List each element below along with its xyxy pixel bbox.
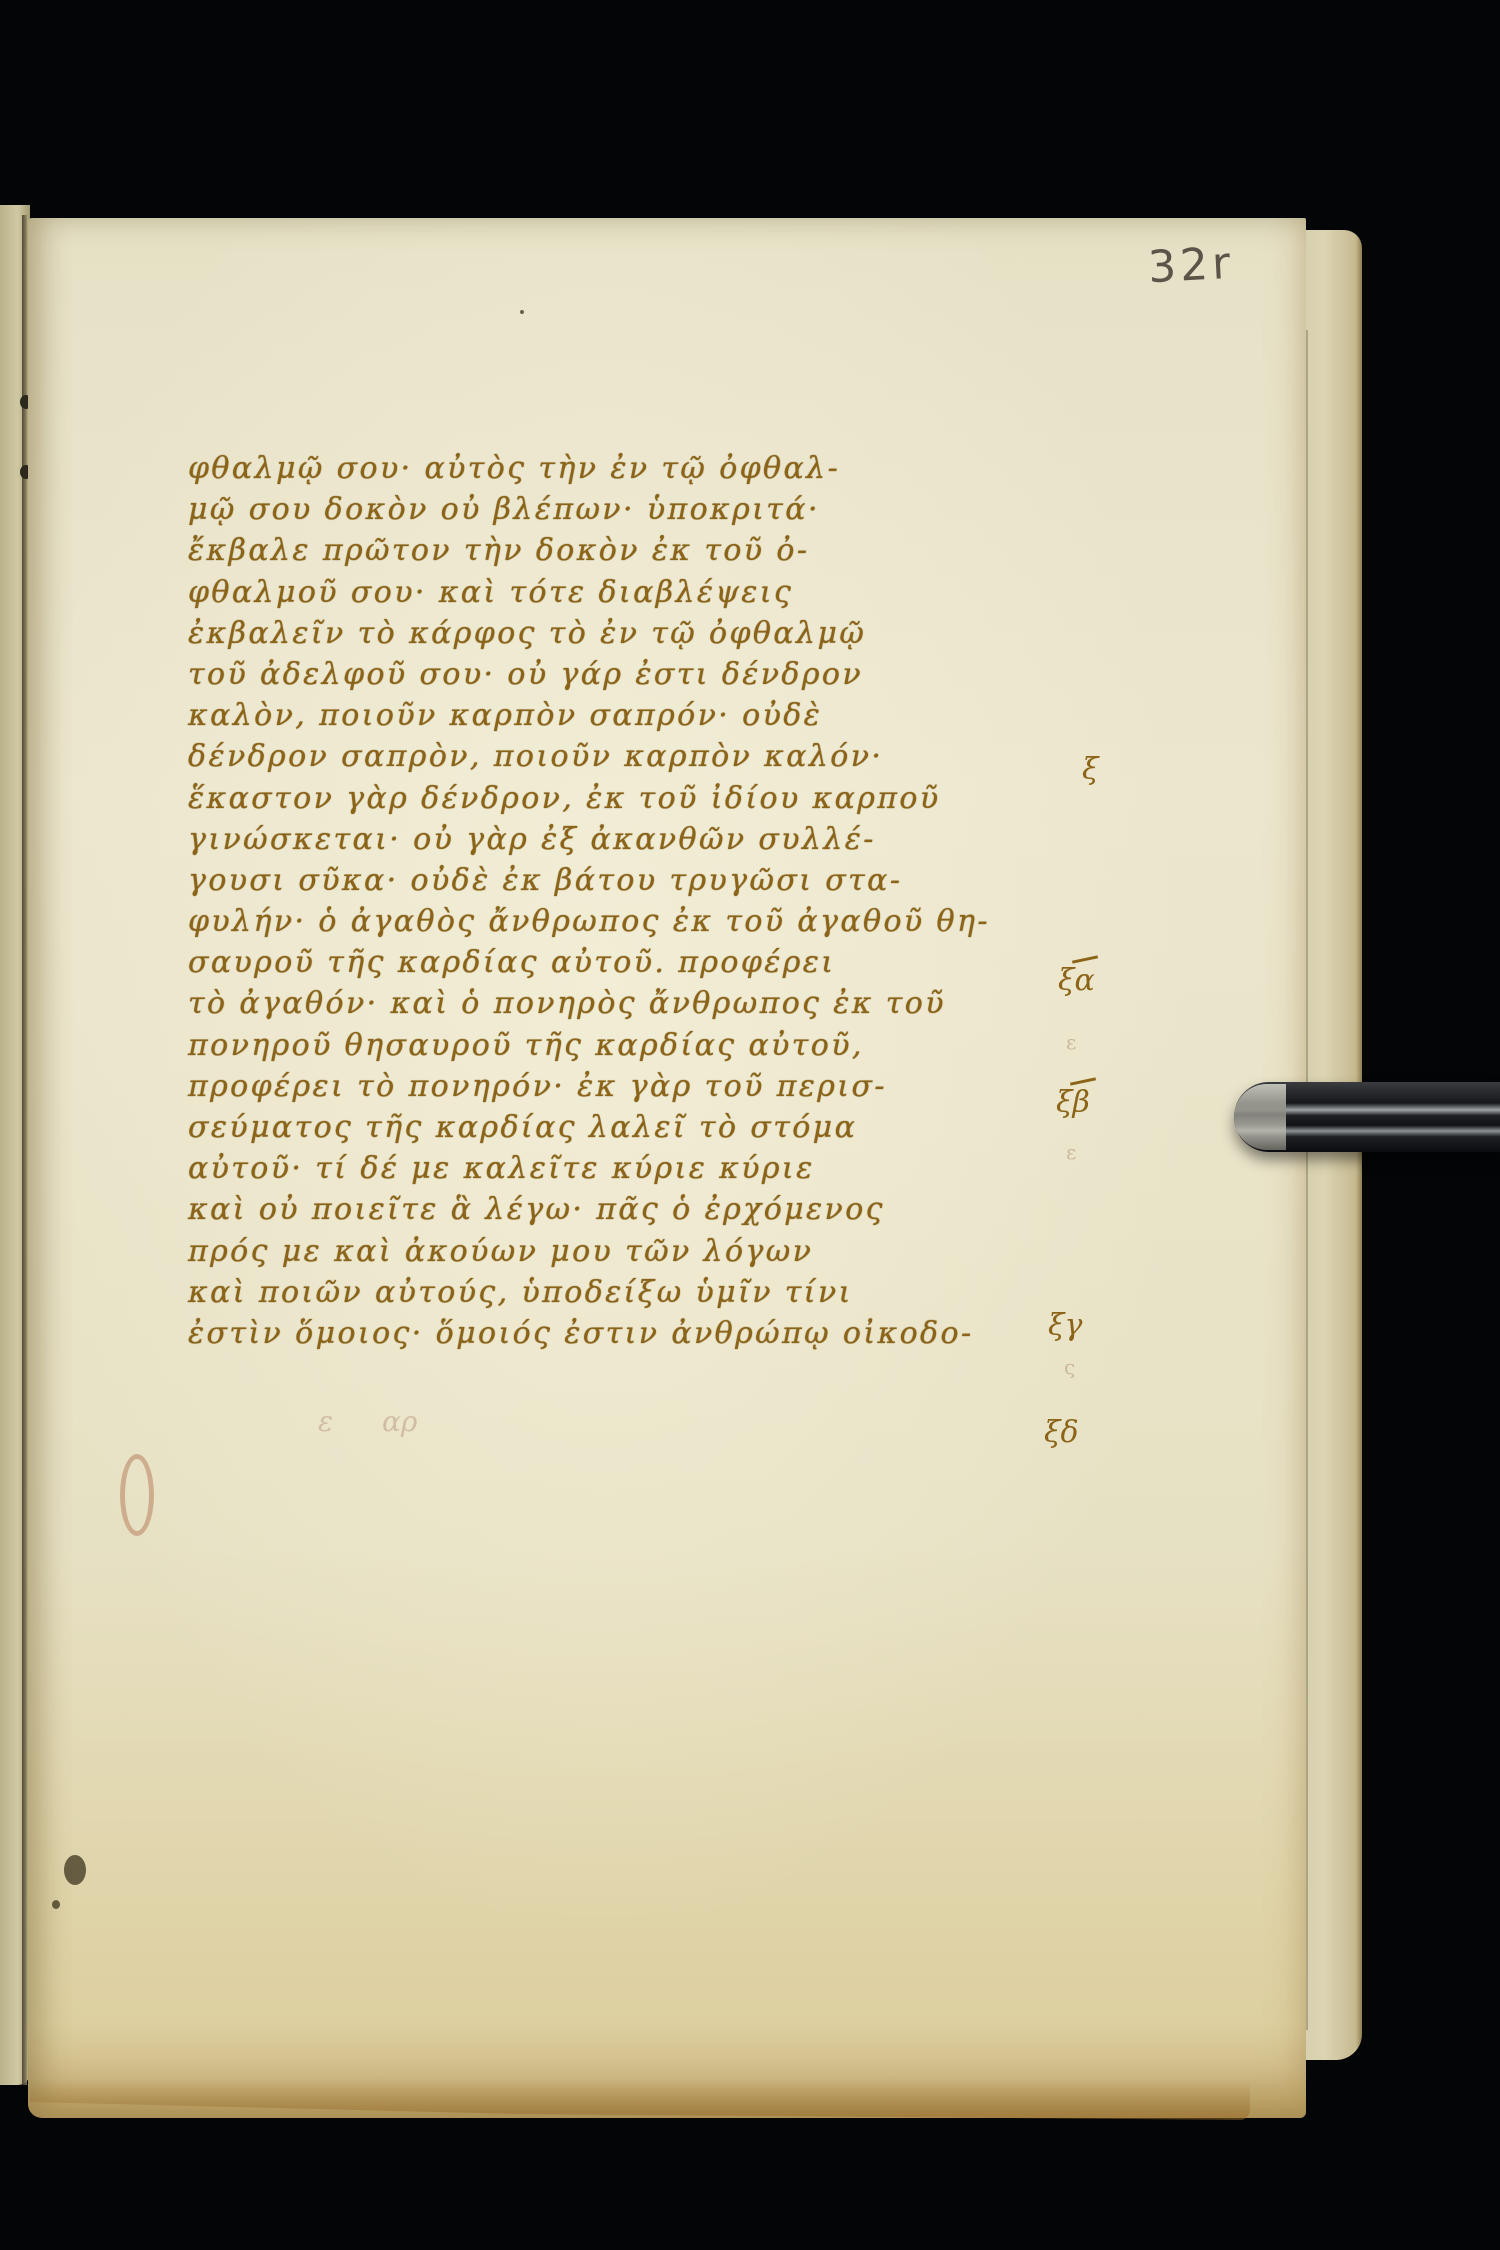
margin-section-number: ξβ xyxy=(1056,1080,1096,1120)
faint-margin-mark: ε xyxy=(1066,1030,1076,1054)
dot-stain xyxy=(520,310,524,314)
text-line: γινώσκεται· οὐ γὰρ ἐξ ἀκανθῶν συλλέ- xyxy=(188,819,948,860)
text-line: τοῦ ἀδελφοῦ σου· οὐ γάρ ἐστι δένδρον xyxy=(188,654,948,695)
ink-stain xyxy=(64,1855,86,1885)
text-line: μῷ σου δοκὸν οὐ βλέπων· ὑποκριτά· xyxy=(188,489,948,530)
text-line: δένδρον σαπρὸν, ποιοῦν καρπὸν καλόν· xyxy=(188,736,948,777)
margin-section-number: ξδ xyxy=(1044,1415,1079,1450)
text-block: φθαλμῷ σου· αὐτὸς τὴν ἐν τῷ ὀφθαλ- μῷ σο… xyxy=(188,448,948,1354)
text-line: φθαλμῷ σου· αὐτὸς τὴν ἐν τῷ ὀφθαλ- xyxy=(188,448,948,489)
text-line: καὶ οὐ ποιεῖτε ἃ λέγω· πᾶς ὁ ἐρχόμενος xyxy=(188,1189,948,1230)
text-line: προφέρει τὸ πονηρόν· ἐκ γὰρ τοῦ περισ- xyxy=(188,1066,948,1107)
binding-gutter xyxy=(22,215,27,2085)
rubricated-initial xyxy=(120,1454,154,1536)
fold-line xyxy=(1306,330,1308,2030)
text-line: φυλήν· ὁ ἀγαθὸς ἄνθρωπος ἐκ τοῦ ἀγαθοῦ θ… xyxy=(188,901,948,942)
text-line: καλὸν, ποιοῦν καρπὸν σαπρόν· οὐδὲ xyxy=(188,695,948,736)
faint-margin-mark: ε xyxy=(1066,1140,1076,1164)
text-line: φθαλμοῦ σου· καὶ τότε διαβλέψεις xyxy=(188,572,948,613)
folio-number: 32r xyxy=(1147,238,1236,293)
faded-annotation: ε xyxy=(318,1405,333,1438)
text-line: πρός με καὶ ἀκούων μου τῶν λόγων xyxy=(188,1231,948,1272)
faint-margin-mark: ς xyxy=(1064,1355,1075,1379)
text-line: τὸ ἀγαθόν· καὶ ὁ πονηρὸς ἄνθρωπος ἐκ τοῦ xyxy=(188,983,948,1024)
margin-section-number: ξγ xyxy=(1048,1308,1082,1343)
text-line: αὐτοῦ· τί δέ με καλεῖτε κύριε κύριε xyxy=(188,1148,948,1189)
text-line: ἐστὶν ὅμοιος· ὅμοιός ἐστιν ἀνθρώπῳ οἰκοδ… xyxy=(188,1313,948,1354)
text-line: σαυροῦ τῆς καρδίας αὐτοῦ. προφέρει xyxy=(188,942,948,983)
ink-stain xyxy=(52,1900,60,1909)
text-line: ἐκβαλεῖν τὸ κάρφος τὸ ἐν τῷ ὀφθαλμῷ xyxy=(188,613,948,654)
text-line: πονηροῦ θησαυροῦ τῆς καρδίας αὐτοῦ, xyxy=(188,1025,948,1066)
margin-section-number: ξα xyxy=(1058,958,1098,998)
text-line: ἕκαστον γὰρ δένδρον, ἐκ τοῦ ἰδίου καρποῦ xyxy=(188,778,948,819)
faded-annotation: αρ xyxy=(382,1405,417,1438)
text-line: γουσι σῦκα· οὐδὲ ἐκ βάτου τρυγῶσι στα- xyxy=(188,860,948,901)
text-line: ἔκβαλε πρῶτον τὴν δοκὸν ἐκ τοῦ ὀ- xyxy=(188,530,948,571)
margin-section-number: ξ xyxy=(1082,752,1099,787)
text-line: σεύματος τῆς καρδίας λαλεῖ τὸ στόμα xyxy=(188,1107,948,1148)
text-line: καὶ ποιῶν αὐτούς, ὑποδείξω ὑμῖν τίνι xyxy=(188,1272,948,1313)
